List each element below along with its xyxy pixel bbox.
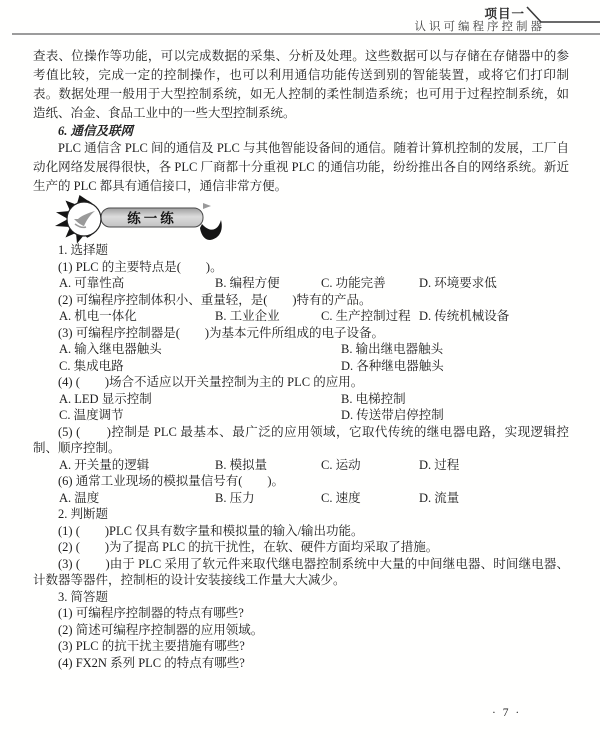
choice-question-2: (2) 可编程序控制体积小、重量轻，是( )特有的产品。 — [33, 292, 569, 309]
choice-question-6-options: A. 温度 B. 压力 C. 速度 D. 流量 — [33, 490, 569, 507]
option-a: A. 输入继电器触头 — [59, 341, 341, 358]
option-c: C. 功能完善 — [321, 275, 419, 292]
option-b: B. 模拟量 — [215, 457, 321, 474]
option-d: D. 流量 — [419, 490, 569, 507]
judge-section-title: 2. 判断题 — [33, 506, 569, 523]
page-number: · 7 · — [492, 707, 521, 719]
option-c: C. 运动 — [321, 457, 419, 474]
option-d: D. 传统机械设备 — [419, 308, 569, 325]
option-a: A. 开关量的逻辑 — [59, 457, 215, 474]
choice-question-1: (1) PLC 的主要特点是( )。 — [33, 259, 569, 276]
header-project-subtitle: 认识可编程序控制器 — [415, 18, 546, 34]
choice-question-4: (4) ( )场合不适应以开关量控制为主的 PLC 的应用。 — [33, 374, 569, 391]
short-answer-question-4: (4) FX2N 系列 PLC 的特点有哪些? — [33, 655, 569, 672]
choice-question-3-options-row-1: A. 输入继电器触头 B. 输出继电器触头 — [33, 341, 569, 358]
option-a: A. LED 显示控制 — [59, 391, 341, 408]
section-heading-communication: 6. 通信及联网 — [33, 123, 569, 139]
judge-question-3: (3) ( )由于 PLC 采用了软元件来取代继电器控制系统中大量的中间继电器、… — [33, 556, 569, 589]
choice-question-1-options: A. 可靠性高 B. 编程方便 C. 功能完善 D. 环境要求低 — [33, 275, 569, 292]
practice-banner: 练一练 — [53, 196, 243, 242]
intro-paragraph-1: 查表、位操作等功能，可以完成数据的采集、分析及处理。这些数据可以与存储在存储器中… — [33, 47, 569, 123]
option-d: D. 各种继电器触头 — [341, 358, 569, 375]
option-c: C. 集成电路 — [59, 358, 341, 375]
option-b: B. 电梯控制 — [341, 391, 569, 408]
choice-question-6: (6) 通常工业现场的模拟量信号有( )。 — [33, 473, 569, 490]
option-a: A. 机电一体化 — [59, 308, 215, 325]
option-a: A. 温度 — [59, 490, 215, 507]
choice-question-3: (3) 可编程序控制器是( )为基本元件所组成的电子设备。 — [33, 325, 569, 342]
book-page: 项目一 认识可编程序控制器 查表、位操作等功能，可以完成数据的采集、分析及处理。… — [0, 0, 600, 738]
choice-question-5-options: A. 开关量的逻辑 B. 模拟量 C. 运动 D. 过程 — [33, 457, 569, 474]
option-d: D. 过程 — [419, 457, 569, 474]
judge-question-2: (2) ( )为了提高 PLC 的抗干扰性，在软、硬件方面均采取了措施。 — [33, 539, 569, 556]
header-rule — [12, 33, 600, 35]
option-d: D. 传送带启停控制 — [341, 407, 569, 424]
option-a: A. 可靠性高 — [59, 275, 215, 292]
exercises: 1. 选择题 (1) PLC 的主要特点是( )。 A. 可靠性高 B. 编程方… — [33, 242, 569, 671]
practice-banner-label: 练一练 — [103, 207, 201, 227]
choice-question-3-options-row-2: C. 集成电路 D. 各种继电器触头 — [33, 358, 569, 375]
option-b: B. 压力 — [215, 490, 321, 507]
option-c: C. 生产控制过程 — [321, 308, 419, 325]
short-answer-question-1: (1) 可编程序控制器的特点有哪些? — [33, 605, 569, 622]
choice-question-5: (5) ( )控制是 PLC 最基本、最广泛的应用领域，它取代传统的继电器电路，… — [33, 424, 569, 457]
option-c: C. 温度调节 — [59, 407, 341, 424]
intro-paragraph-2: PLC 通信含 PLC 间的通信及 PLC 与其他智能设备间的通信。随着计算机控… — [33, 139, 569, 196]
option-b: B. 输出继电器触头 — [341, 341, 569, 358]
choice-question-4-options-row-1: A. LED 显示控制 B. 电梯控制 — [33, 391, 569, 408]
page-body: 查表、位操作等功能，可以完成数据的采集、分析及处理。这些数据可以与存储在存储器中… — [33, 47, 569, 671]
option-b: B. 编程方便 — [215, 275, 321, 292]
option-b: B. 工业企业 — [215, 308, 321, 325]
judge-question-1: (1) ( )PLC 仅具有数字量和模拟量的输入/输出功能。 — [33, 523, 569, 540]
option-d: D. 环境要求低 — [419, 275, 569, 292]
choice-question-2-options: A. 机电一体化 B. 工业企业 C. 生产控制过程 D. 传统机械设备 — [33, 308, 569, 325]
choice-question-4-options-row-2: C. 温度调节 D. 传送带启停控制 — [33, 407, 569, 424]
short-answer-question-2: (2) 简述可编程序控制器的应用领域。 — [33, 622, 569, 639]
short-answer-section-title: 3. 简答题 — [33, 589, 569, 606]
short-answer-question-3: (3) PLC 的抗干扰主要措施有哪些? — [33, 638, 569, 655]
option-c: C. 速度 — [321, 490, 419, 507]
